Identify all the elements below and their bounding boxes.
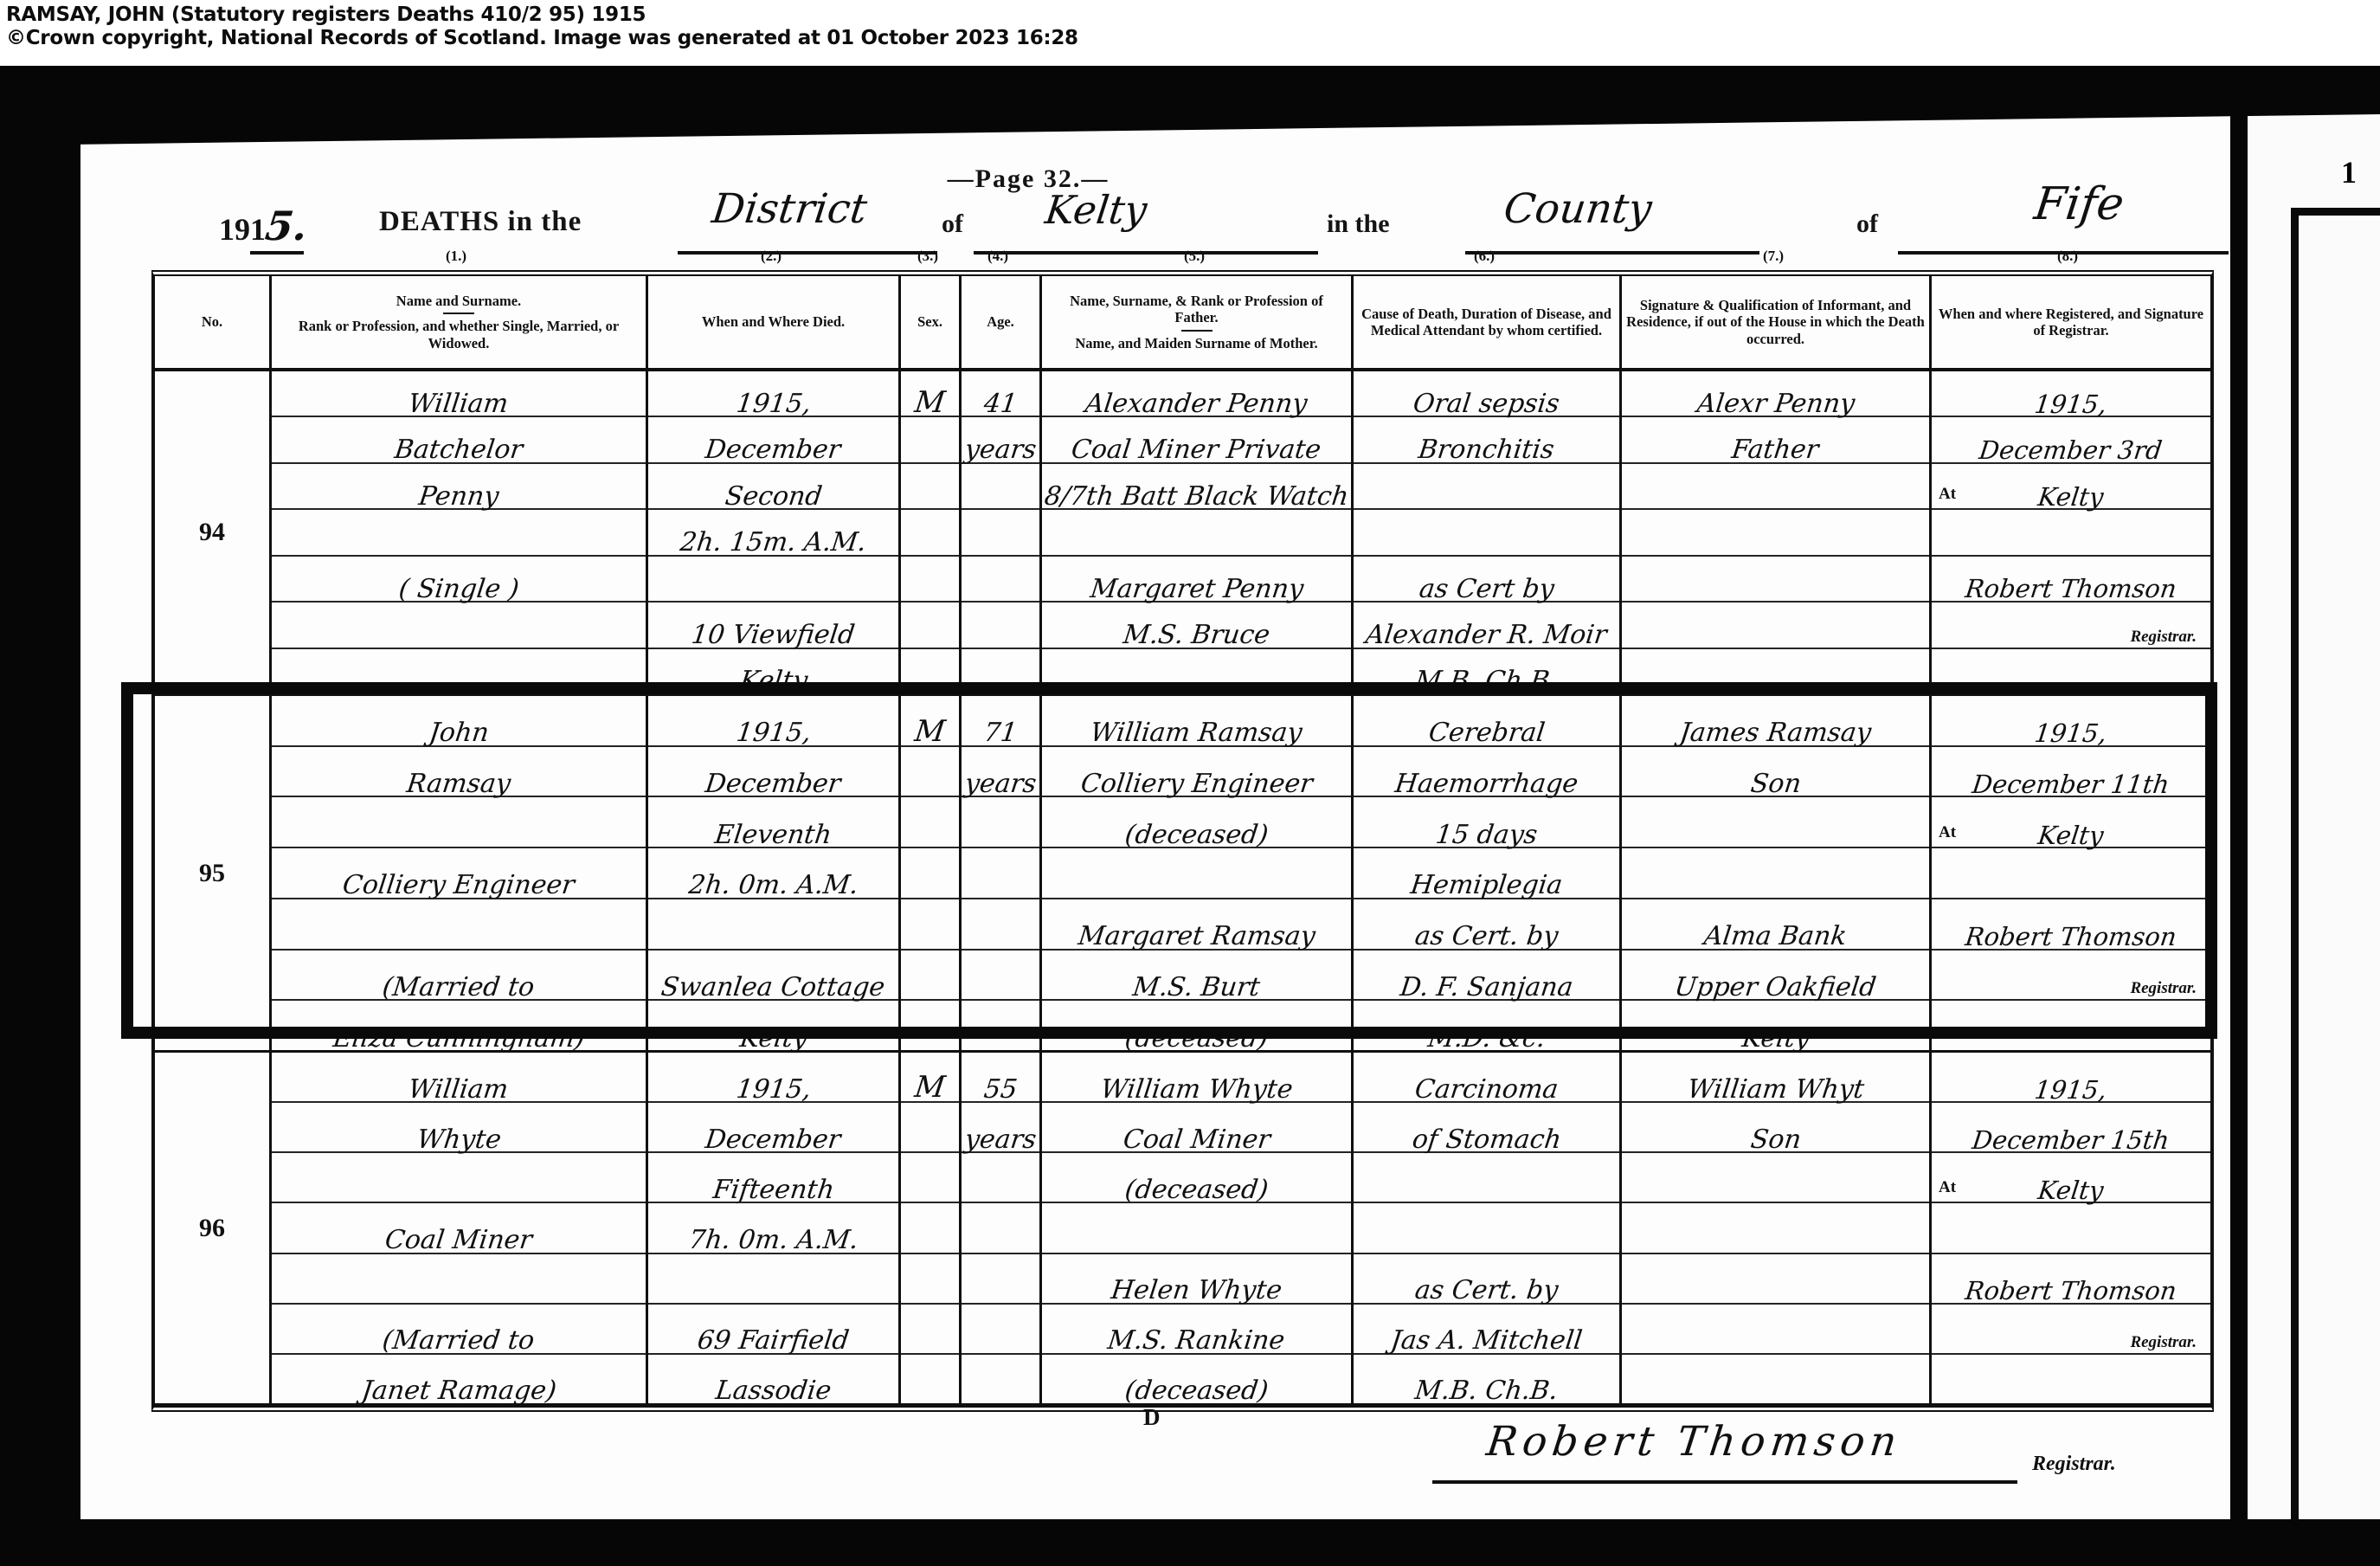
registrar-signature: Robert Thomson [1965, 926, 2178, 948]
header-name-top: Name and Surname. [396, 293, 521, 309]
handwritten-entry-line: Son [1749, 773, 1802, 796]
copyright-line: ©Crown copyright, National Records of Sc… [6, 27, 1078, 49]
header-cause-label: Cause of Death, Duration of Disease, and… [1358, 306, 1615, 339]
handwritten-entry-line: Kelty [738, 1028, 808, 1050]
handwritten-entry-line: 69 Fairfield [696, 1330, 850, 1352]
entry-number: 94 [199, 518, 225, 547]
handwritten-entry-line: Lassodie [714, 1380, 832, 1402]
registrar-label: Registrar. [2130, 1333, 2197, 1352]
handwritten-entry-line: Whyte [415, 1129, 502, 1151]
handwritten-entry-line: as Cert. by [1413, 925, 1559, 948]
handwritten-entry-line: Colliery Engineer [342, 874, 576, 897]
header-age-label: Age. [987, 313, 1014, 330]
handwritten-entry-line: ( Single ) [397, 578, 520, 601]
handwritten-entry-line: 1915, [735, 1079, 812, 1101]
column-number-7: (7.) [1743, 248, 1804, 265]
handwritten-entry-line: Helen Whyte [1110, 1279, 1283, 1302]
row-96-informant-cell: William WhytSon [1622, 1053, 1932, 1406]
row-95-name-cell: JohnRamsayColliery Engineer(Married toEl… [272, 696, 648, 1053]
title-of-label-1: of [942, 209, 963, 239]
handwritten-entry-line: Carcinoma [1413, 1079, 1559, 1101]
handwritten-entry-line: John [428, 722, 490, 744]
row-94-name-cell: WilliamBatchelorPenny( Single ) [272, 371, 648, 696]
handwritten-entry-line: Hemiplegia [1409, 874, 1563, 897]
handwritten-entry-line: 7h. 0m. A.M. [687, 1229, 859, 1252]
header-died-label: When and Where Died. [702, 313, 845, 330]
handwritten-entry-line: as Cert by [1418, 578, 1555, 601]
column-number-2: (2.) [741, 248, 801, 265]
handwritten-entry-line: Eliza Cunningham) [331, 1028, 586, 1050]
row-94-registered-cell: 1915, December 3rd AtKelty Robert Thomso… [1932, 371, 2210, 696]
title-underline [250, 251, 304, 255]
row-96-parents-cell: William WhyteCoal Miner(deceased)Helen W… [1042, 1053, 1354, 1406]
registered-year: 1915, [2034, 394, 2108, 416]
header-no: No. [155, 276, 272, 371]
row-96-died-cell: 1915,DecemberFifteenth7h. 0m. A.M.69 Fai… [648, 1053, 901, 1406]
row-94-no-cell: 94 [155, 371, 272, 696]
title-deaths-label: DEATHS in the [379, 206, 582, 238]
handwritten-entry-line: (deceased) [1123, 1179, 1269, 1202]
handwritten-entry-line: (deceased) [1123, 824, 1269, 847]
title-county-value: Fife [2031, 178, 2126, 230]
at-label: At [1939, 1178, 1956, 1197]
facing-page-border [2291, 208, 2299, 1519]
row-96-name-cell: WilliamWhyteCoal Miner(Married toJanet R… [272, 1053, 648, 1406]
header-parents: Name, Surname, & Rank or Profession of F… [1042, 276, 1354, 371]
handwritten-entry-line: M.S. Rankine [1107, 1330, 1286, 1352]
registrar-signature: Robert Thomson [1965, 1280, 2178, 1302]
header-name: Name and Surname. Rank or Profession, an… [272, 276, 648, 371]
title-district-word: District [710, 185, 870, 233]
handwritten-entry-line: Margaret Ramsay [1077, 925, 1316, 948]
row-94-parents-cell: Alexander PennyCoal Miner Private8/7th B… [1042, 371, 1354, 696]
handwritten-entry-line: William [408, 393, 510, 416]
column-number-4: (4.) [968, 248, 1028, 265]
facing-page-edge: 1 [2248, 104, 2380, 1519]
row-95-registered-cell: 1915, December 11th AtKelty Robert Thoms… [1932, 696, 2210, 1053]
header-sex-label: Sex. [917, 313, 942, 330]
entry-number: 96 [199, 1214, 225, 1243]
handwritten-entry-line: years [963, 1129, 1037, 1151]
registered-year: 1915, [2034, 723, 2108, 744]
handwritten-entry-line: Coal Miner [384, 1229, 534, 1252]
header-registered-label: When and where Registered, and Signature… [1936, 306, 2206, 339]
handwritten-entry-line: D. F. Sanjana [1399, 976, 1574, 999]
row-94-age-cell: 41years [962, 371, 1042, 696]
title-county-word: County [1502, 185, 1655, 233]
handwritten-entry-line: William Whyte [1099, 1079, 1294, 1101]
title-district-value: Kelty [1043, 187, 1149, 233]
handwritten-entry-line: (deceased) [1123, 1380, 1269, 1402]
handwritten-entry-line: Coal Miner [1122, 1129, 1271, 1151]
header-age: Age. [962, 276, 1042, 371]
handwritten-entry-line: M [913, 1075, 946, 1100]
registrar-label: Registrar. [2130, 628, 2197, 647]
row-95-sex-cell: M [901, 696, 962, 1053]
handwritten-entry-line: Kelty [1740, 1028, 1811, 1050]
row-96-age-cell: 55years [962, 1053, 1042, 1406]
header-no-label: No. [202, 313, 222, 330]
row-96-cause-cell: Carcinomaof Stomachas Cert. byJas A. Mit… [1354, 1053, 1622, 1406]
handwritten-entry-line: William Whyt [1686, 1079, 1865, 1101]
header-informant: Signature & Qualification of Informant, … [1622, 276, 1932, 371]
column-number-1: (1.) [426, 248, 486, 265]
handwritten-entry-line: William [408, 1079, 510, 1101]
registered-place: Kelty [2037, 825, 2105, 847]
handwritten-entry-line: M [913, 390, 946, 416]
handwritten-entry-line: M.B. Ch.B. [1414, 670, 1560, 693]
handwritten-entry-line: 2h. 15m. A.M. [679, 532, 868, 554]
handwritten-entry-line: William Ramsay [1090, 722, 1304, 744]
row-94-cause-cell: Oral sepsisBronchitisas Cert byAlexander… [1354, 371, 1622, 696]
registered-date: December 3rd [1978, 440, 2164, 461]
row-94-informant-cell: Alexr PennyFather [1622, 371, 1932, 696]
column-number-5: (5.) [1164, 248, 1225, 265]
handwritten-entry-line: Alexr Penny [1695, 393, 1856, 416]
header-cause: Cause of Death, Duration of Disease, and… [1354, 276, 1622, 371]
handwritten-entry-line: M.B. Ch.B. [1414, 1380, 1560, 1402]
handwritten-entry-line: Janet Ramage) [360, 1380, 557, 1402]
handwritten-entry-line: Swanlea Cottage [660, 976, 886, 999]
facing-page-border [2291, 208, 2380, 216]
handwritten-entry-line: Haemorrhage [1393, 773, 1579, 796]
title-in-the-label: in the [1327, 209, 1390, 239]
row-95-parents-cell: William RamsayColliery Engineer(deceased… [1042, 696, 1354, 1053]
handwritten-entry-line: December [704, 439, 842, 461]
row-95-cause-cell: CerebralHaemorrhage15 daysHemiplegiaas C… [1354, 696, 1622, 1053]
registered-date: December 15th [1972, 1130, 2171, 1151]
handwritten-entry-line: Batchelor [393, 439, 524, 461]
handwritten-entry-line: Alexander Penny [1084, 393, 1309, 416]
column-number-3: (3.) [897, 248, 958, 265]
header-registered: When and where Registered, and Signature… [1932, 276, 2210, 371]
handwritten-entry-line: Alexander R. Moir [1365, 624, 1608, 647]
title-year: 1915. [219, 203, 307, 249]
handwritten-entry-line: Penny [417, 486, 499, 508]
header-informant-label: Signature & Qualification of Informant, … [1626, 297, 1925, 347]
handwritten-entry-line: 1915, [735, 393, 812, 416]
handwritten-entry-line: 71 [982, 722, 1018, 744]
entry-number: 95 [199, 859, 225, 888]
handwritten-entry-line: Second [724, 486, 823, 508]
handwritten-entry-line: Kelty [738, 670, 808, 693]
row-96-registered-cell: 1915, December 15th AtKelty Robert Thoms… [1932, 1053, 2210, 1406]
title-year-script: 5. [263, 203, 311, 249]
registrar-label: Registrar. [2130, 979, 2197, 998]
header-divider [1181, 330, 1213, 332]
handwritten-entry-line: Son [1749, 1129, 1802, 1151]
handwritten-entry-line: 2h. 0m. A.M. [687, 874, 859, 897]
registrar-page-signature: Robert Thomson [1484, 1418, 1905, 1466]
handwritten-entry-line: M.S. Burt [1132, 976, 1262, 999]
handwritten-entry-line: December [704, 1129, 842, 1151]
row-95-age-cell: 71years [962, 696, 1042, 1053]
header-divider [443, 313, 474, 314]
handwritten-entry-line: 41 [982, 393, 1018, 416]
handwritten-entry-line: Jas A. Mitchell [1389, 1330, 1583, 1352]
handwritten-entry-line: M.D. &c. [1426, 1028, 1546, 1050]
handwritten-entry-line: years [963, 439, 1037, 461]
handwritten-entry-line: as Cert. by [1413, 1279, 1559, 1302]
registrar-page-label: Registrar. [2032, 1453, 2116, 1476]
row-96-sex-cell: M [901, 1053, 962, 1406]
handwritten-entry-line: 10 Viewfield [691, 624, 857, 647]
handwritten-entry-line: Cerebral [1427, 722, 1546, 744]
column-number-8: (8.) [2037, 248, 2098, 265]
handwritten-entry-line: December [704, 773, 842, 796]
facing-page-partial-text: 1 [2341, 154, 2357, 190]
handwritten-entry-line: Oral sepsis [1412, 393, 1561, 416]
title-of-label-2: of [1856, 209, 1878, 239]
row-95-died-cell: 1915,DecemberEleventh2h. 0m. A.M.Swanlea… [648, 696, 901, 1053]
header-parents-top: Name, Surname, & Rank or Profession of F… [1046, 293, 1347, 326]
handwritten-entry-line: (Married to [382, 1330, 536, 1352]
handwritten-entry-line: 1915, [735, 722, 812, 744]
registered-place: Kelty [2037, 1180, 2105, 1202]
at-label: At [1939, 485, 1956, 504]
viewer-header: RAMSAY, JOHN (Statutory registers Deaths… [0, 0, 2380, 66]
handwritten-entry-line: M.S. Bruce [1122, 624, 1270, 647]
registrar-signature: Robert Thomson [1965, 578, 2178, 600]
header-sex: Sex. [901, 276, 962, 371]
handwritten-entry-line: Fifteenth [711, 1179, 835, 1202]
handwritten-entry-line: 55 [982, 1079, 1018, 1101]
handwritten-entry-line: Upper Oakfield [1674, 976, 1878, 999]
handwritten-entry-line: Coal Miner Private [1071, 439, 1322, 461]
handwritten-entry-line: (deceased) [1123, 1028, 1269, 1050]
row-94-died-cell: 1915,DecemberSecond2h. 15m. A.M.10 Viewf… [648, 371, 901, 696]
row-95-no-cell: 95 [155, 696, 272, 1053]
header-died: When and Where Died. [648, 276, 901, 371]
handwritten-entry-line: of Stomach [1411, 1129, 1562, 1151]
handwritten-entry-line: (Married to [382, 976, 536, 999]
handwritten-entry-line: years [963, 773, 1037, 796]
row-94-sex-cell: M [901, 371, 962, 696]
at-label: At [1939, 823, 1956, 842]
handwritten-entry-line: 8/7th Batt Black Watch [1043, 486, 1349, 508]
handwritten-entry-line: 15 days [1434, 824, 1538, 847]
handwritten-entry-line: Bronchitis [1418, 439, 1556, 461]
handwritten-entry-line: Ramsay [406, 773, 512, 796]
handwritten-entry-line: Father [1731, 439, 1820, 461]
registered-place: Kelty [2037, 487, 2105, 508]
handwritten-entry-line: M [913, 719, 946, 744]
handwritten-entry-line: Alma Bank [1703, 925, 1849, 948]
header-parents-bottom: Name, and Maiden Surname of Mother. [1075, 335, 1317, 351]
handwritten-entry-line: Eleventh [714, 824, 833, 847]
death-register-table: No. Name and Surname. Rank or Profession… [151, 270, 2214, 1412]
handwritten-entry-line: James Ramsay [1678, 722, 1872, 744]
handwritten-entry-line: Margaret Penny [1089, 578, 1304, 601]
handwritten-entry-line: Colliery Engineer [1079, 773, 1314, 796]
row-95-informant-cell: James RamsaySonAlma BankUpper OakfieldKe… [1622, 696, 1932, 1053]
scanned-register-image: —Page 32.— 1915. DEATHS in the District … [0, 66, 2380, 1566]
signature-underline [1432, 1480, 2017, 1484]
register-page: —Page 32.— 1915. DEATHS in the District … [80, 113, 2230, 1519]
column-number-6: (6.) [1454, 248, 1515, 265]
title-year-prefix: 191 [219, 212, 266, 247]
registered-date: December 11th [1972, 774, 2171, 796]
registered-year: 1915, [2034, 1079, 2108, 1101]
record-title: RAMSAY, JOHN (Statutory registers Deaths… [6, 3, 646, 26]
plate-letter: D [1143, 1404, 1161, 1431]
header-name-bottom: Rank or Profession, and whether Single, … [276, 318, 641, 351]
row-96-no-cell: 96 [155, 1053, 272, 1406]
